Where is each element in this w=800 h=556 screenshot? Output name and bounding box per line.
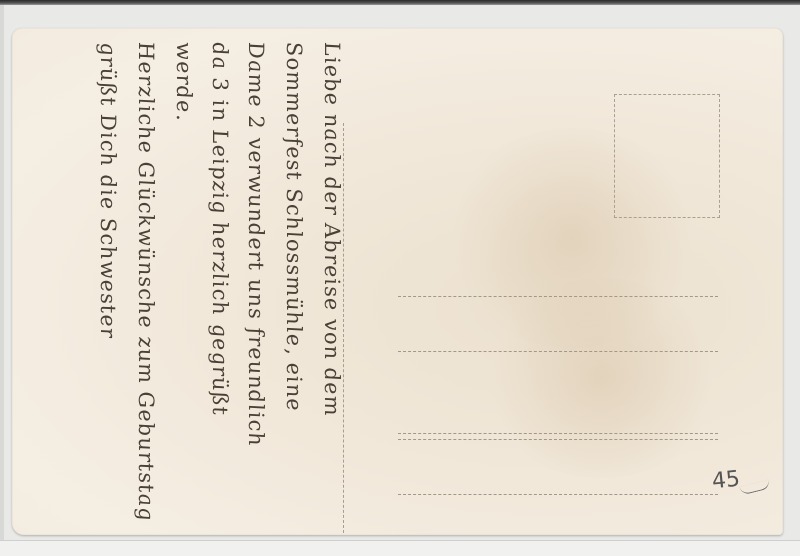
address-line (398, 494, 718, 495)
scan-top-border (0, 0, 800, 5)
stamp-box (614, 94, 720, 218)
address-line (398, 296, 718, 297)
address-line (398, 351, 718, 352)
center-divider-line (343, 123, 344, 533)
age-stain (482, 278, 722, 478)
pencil-price-note: 45 (711, 467, 741, 495)
address-line (398, 433, 718, 434)
message-line: da 3 in Leipzig herzlich gegrüßt (208, 40, 232, 527)
address-line (398, 439, 718, 440)
postcard-back: Liebe nach der Abreise von dem Sommerfes… (12, 28, 783, 535)
handwritten-message: Liebe nach der Abreise von dem Sommerfes… (84, 42, 344, 526)
scan-left-border (0, 5, 4, 556)
message-line: Sommerfest Schlossmühle, eine (282, 40, 306, 527)
message-line: werde. (172, 40, 196, 527)
scan-bottom-border (0, 540, 800, 556)
message-line: Liebe nach der Abreise von dem (320, 40, 344, 527)
message-line: grüßt Dich die Schwester (96, 40, 120, 527)
message-line: Herzliche Glückwünsche zum Geburtstag (134, 40, 158, 527)
message-line: Dame 2 verwundert uns freundlich (244, 40, 268, 527)
